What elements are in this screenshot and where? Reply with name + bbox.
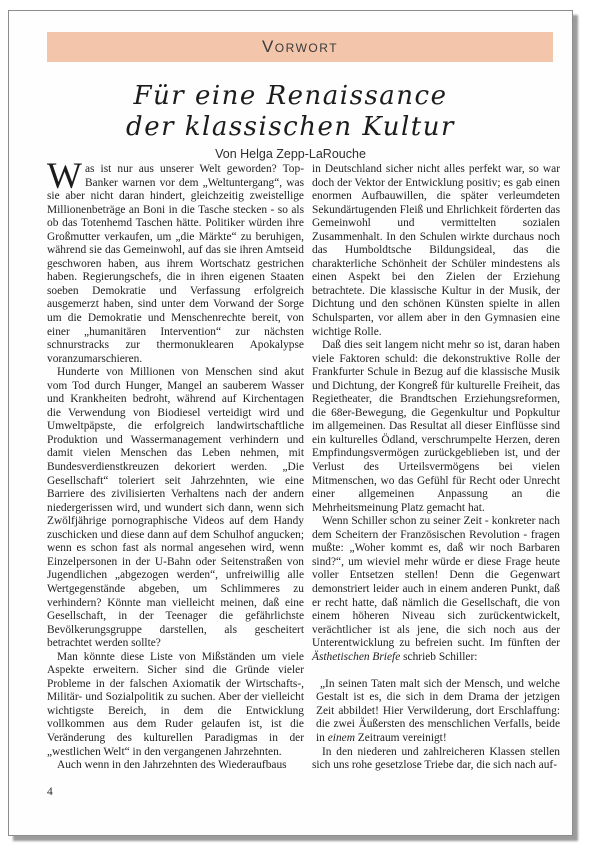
paragraph: Man könnte diese Liste von Mißständen um… bbox=[47, 651, 304, 759]
section-band: Vorwort bbox=[47, 32, 553, 62]
paragraph: Was ist nur aus unserer Welt geworden? T… bbox=[47, 163, 304, 366]
text-run: Zeitraum vereinigt! bbox=[355, 732, 447, 744]
paragraph: Daß dies seit langem nicht mehr so ist, … bbox=[312, 339, 560, 515]
page-title-line2: der klassischen Kultur bbox=[9, 112, 572, 143]
paragraph: In den niederen und zahlreicheren Klasse… bbox=[312, 746, 560, 773]
page-title-line1: Für eine Renaissance bbox=[9, 81, 572, 112]
paragraph: Wenn Schiller schon zu seiner Zeit - kon… bbox=[312, 515, 560, 664]
italic-text-run: Ästhetischen Briefe bbox=[312, 651, 400, 663]
paragraph: Auch wenn in den Jahrzehnten des Wiedera… bbox=[47, 759, 304, 773]
paragraph: Hunderte von Millionen von Menschen sind… bbox=[47, 366, 304, 650]
text-run: Hunderte von Millionen von Menschen sind… bbox=[47, 366, 304, 649]
paragraph: in Deutschland sicher nicht alles perfek… bbox=[312, 163, 560, 339]
text-run: Auch wenn in den Jahrzehnten des Wiedera… bbox=[57, 759, 287, 771]
column-left: Was ist nur aus unserer Welt geworden? T… bbox=[47, 163, 304, 773]
text-run: in Deutschland sicher nicht alles perfek… bbox=[312, 163, 560, 338]
column-right: in Deutschland sicher nicht alles perfek… bbox=[312, 163, 560, 773]
text-run: Daß dies seit langem nicht mehr so ist, … bbox=[312, 339, 560, 514]
scanned-book-page: Vorwort Für eine Renaissance der klassis… bbox=[8, 10, 573, 836]
text-run: schrieb Schiller: bbox=[400, 651, 477, 663]
text-columns: Was ist nur aus unserer Welt geworden? T… bbox=[47, 163, 560, 773]
italic-text-run: einem bbox=[328, 732, 355, 744]
byline: Von Helga Zepp-LaRouche bbox=[9, 147, 572, 161]
blockquote-paragraph: „In seinen Taten malt sich der Mensch, u… bbox=[312, 678, 560, 746]
text-run: Wenn Schiller schon zu seiner Zeit - kon… bbox=[312, 515, 560, 649]
section-band-label: Vorwort bbox=[262, 37, 338, 57]
text-run: Man könnte diese Liste von Mißständen um… bbox=[47, 651, 304, 758]
text-run: as ist nur aus unserer Welt geworden? To… bbox=[47, 163, 304, 365]
text-run: In den niederen und zahlreicheren Klasse… bbox=[312, 746, 560, 772]
page-number: 4 bbox=[47, 786, 53, 798]
page-title: Für eine Renaissance der klassischen Kul… bbox=[9, 81, 572, 143]
dropcap-letter: W bbox=[47, 163, 85, 190]
